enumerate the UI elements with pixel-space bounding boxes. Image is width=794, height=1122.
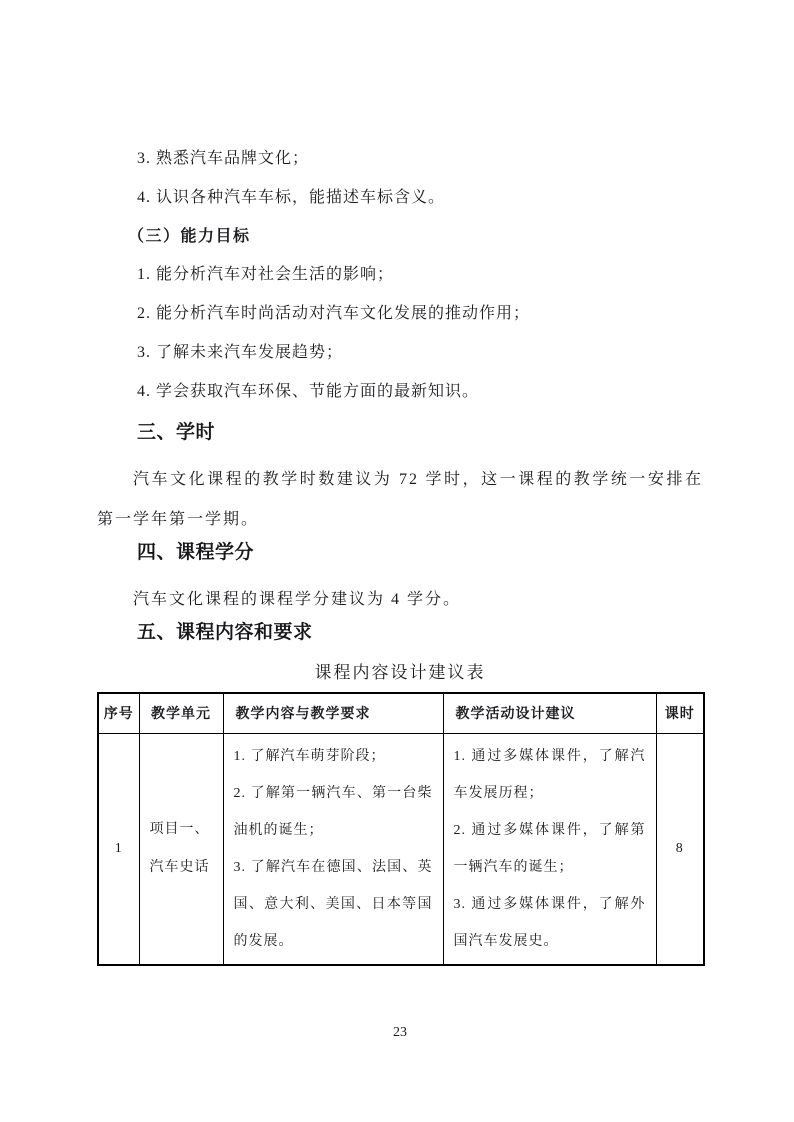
ability-list-item: 2. 能分析汽车时尚活动对汽车文化发展的推动作用； [97, 303, 703, 325]
activity-item: 3. 通过多媒体课件，了解外国汽车发展史。 [454, 886, 646, 960]
table-row: 1 项目一、 汽车史话 1. 了解汽车萌芽阶段； 2. 了解第一辆汽车、第一台柴… [98, 733, 704, 965]
cell-row-number: 1 [98, 733, 139, 965]
cell-class-hours: 8 [656, 733, 704, 965]
paragraph-hours: 汽车文化课程的教学时数建议为 72 学时，这一课程的教学统一安排在第一学年第一学… [97, 460, 703, 540]
section-heading-credits: 四、课程学分 [97, 540, 703, 565]
paragraph-credits: 汽车文化课程的课程学分建议为 4 学分。 [97, 580, 703, 620]
cell-teaching-content: 1. 了解汽车萌芽阶段； 2. 了解第一辆汽车、第一台柴油机的诞生； 3. 了解… [223, 733, 443, 965]
section-heading-course-content: 五、课程内容和要求 [97, 620, 703, 645]
ability-list-item: 3. 了解未来汽车发展趋势； [97, 342, 703, 364]
cell-teaching-activity: 1. 通过多媒体课件，了解汽车发展历程； 2. 通过多媒体课件，了解第一辆汽车的… [443, 733, 656, 965]
content-item: 3. 了解汽车在德国、法国、英国、意大利、美国、日本等国的发展。 [234, 849, 433, 960]
header-cell-no: 序号 [98, 693, 139, 733]
activity-item: 2. 通过多媒体课件，了解第一辆汽车的诞生； [454, 812, 646, 886]
knowledge-list-item: 3. 熟悉汽车品牌文化； [97, 148, 703, 170]
course-content-table: 序号 教学单元 教学内容与教学要求 教学活动设计建议 课时 1 项目一、 汽车史… [97, 692, 705, 966]
ability-list-item: 4. 学会获取汽车环保、节能方面的最新知识。 [97, 381, 703, 403]
ability-list-item: 1. 能分析汽车对社会生活的影响； [97, 264, 703, 286]
cell-teaching-unit: 项目一、 汽车史话 [139, 733, 223, 965]
header-cell-unit: 教学单元 [139, 693, 223, 733]
activity-item: 1. 通过多媒体课件，了解汽车发展历程； [454, 738, 646, 812]
header-cell-hours: 课时 [656, 693, 704, 733]
content-item: 1. 了解汽车萌芽阶段； [234, 738, 433, 775]
content-area: 3. 熟悉汽车品牌文化； 4. 认识各种汽车车标，能描述车标含义。 （三）能力目… [97, 148, 703, 1042]
header-cell-activity: 教学活动设计建议 [443, 693, 656, 733]
unit-line: 汽车史话 [150, 849, 217, 887]
knowledge-list-item: 4. 认识各种汽车车标，能描述车标含义。 [97, 187, 703, 209]
page-number: 23 [97, 1024, 703, 1042]
table-title: 课程内容设计建议表 [97, 660, 703, 686]
section-heading-hours: 三、学时 [97, 420, 703, 445]
unit-line: 项目一、 [150, 811, 217, 849]
table-header-row: 序号 教学单元 教学内容与教学要求 教学活动设计建议 课时 [98, 693, 704, 733]
ability-goals-heading: （三）能力目标 [97, 226, 703, 248]
content-item: 2. 了解第一辆汽车、第一台柴油机的诞生； [234, 775, 433, 849]
document-page: 3. 熟悉汽车品牌文化； 4. 认识各种汽车车标，能描述车标含义。 （三）能力目… [0, 0, 794, 1122]
header-cell-content: 教学内容与教学要求 [223, 693, 443, 733]
